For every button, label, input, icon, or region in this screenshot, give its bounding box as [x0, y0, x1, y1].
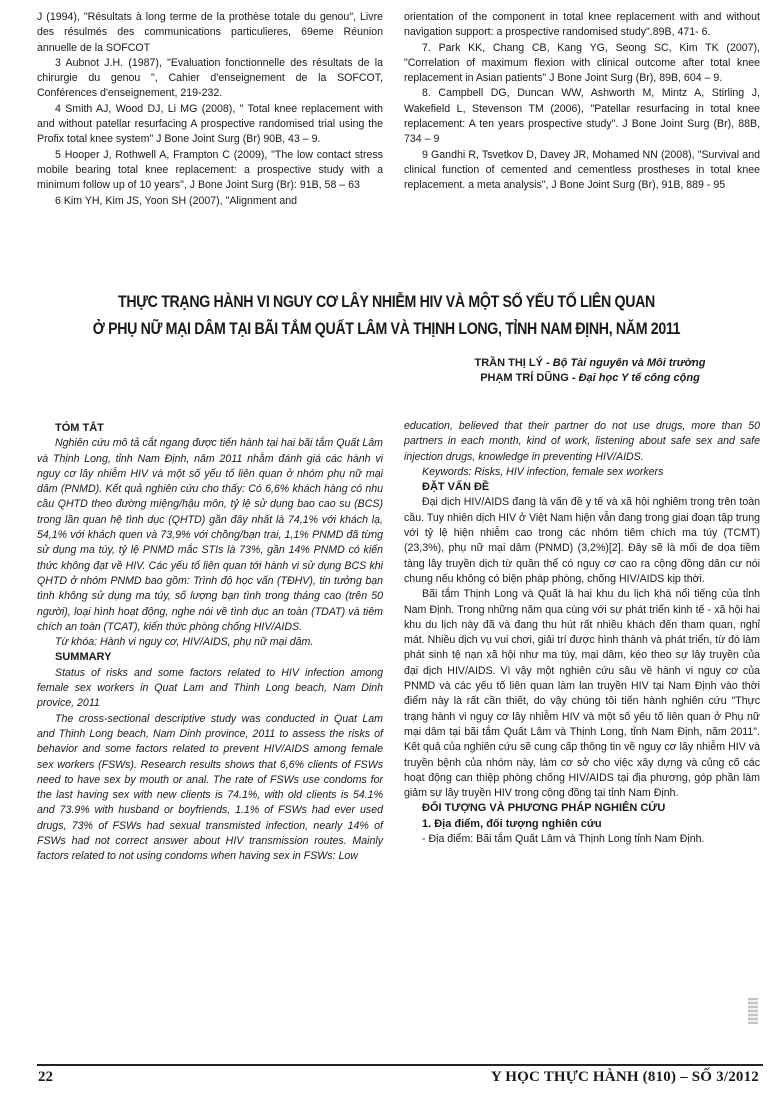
- abstract-vi-text: Nghiên cứu mô tả cắt ngang được tiến hàn…: [37, 436, 383, 635]
- abstract-en-heading: SUMMARY: [37, 650, 383, 665]
- reference-7: 7. Park KK, Chang CB, Kang YG, Seong SC,…: [404, 41, 760, 87]
- methods-location-text: - Địa điểm: Bãi tắm Quất Lâm và Thịnh Lo…: [404, 832, 760, 847]
- author-1-affiliation: Bộ Tài nguyên và Môi trường: [553, 357, 706, 369]
- abstract-en-text-continued: education, believed that their partner d…: [404, 419, 760, 465]
- references-right-column: orientation of the component in total kn…: [404, 10, 760, 194]
- introduction-paragraph-2: Bãi tắm Thịnh Long và Quất là hai khu du…: [404, 587, 760, 801]
- title-line-2: Ở PHỤ NỮ MẠI DÂM TẠI BÃI TẮM QUẤT LÂM VÀ…: [54, 316, 719, 343]
- abstract-en-keywords: Keywords: Risks, HIV infection, female s…: [404, 465, 760, 480]
- author-1-name: TRẦN THỊ LÝ -: [475, 357, 553, 369]
- reference-9: 9 Gandhi R, Tsvetkov D, Davey JR, Mohame…: [404, 148, 760, 194]
- abstract-vi-heading: TÓM TẮT: [37, 421, 383, 436]
- title-line-1: THỰC TRẠNG HÀNH VI NGUY CƠ LÂY NHIỄM HIV…: [54, 289, 719, 316]
- abstract-en-title: Status of risks and some factors related…: [37, 666, 383, 712]
- reference-continued: J (1994), "Résultats à long terme de la …: [37, 10, 383, 56]
- reference-5: 5 Hooper J, Rothwell A, Frampton C (2009…: [37, 148, 383, 194]
- body-right-column: education, believed that their partner d…: [404, 419, 760, 847]
- references-left-column: J (1994), "Résultats à long terme de la …: [37, 10, 383, 209]
- reference-6: 6 Kim YH, Kim JS, Yoon SH (2007), "Align…: [37, 194, 383, 209]
- scan-artifact: [748, 998, 758, 1024]
- article-title: THỰC TRẠNG HÀNH VI NGUY CƠ LÂY NHIỄM HIV…: [54, 289, 719, 343]
- abstract-en-text: The cross-sectional descriptive study wa…: [37, 712, 383, 865]
- introduction-paragraph-1: Đại dịch HIV/AIDS đang là vấn đề y tế và…: [404, 495, 760, 587]
- reference-4: 4 Smith AJ, Wood DJ, Li MG (2008), " Tot…: [37, 102, 383, 148]
- reference-3: 3 Aubnot J.H. (1987), "Evaluation foncti…: [37, 56, 383, 102]
- abstract-vi-keywords: Từ khóa: Hành vi nguy cơ, HIV/AIDS, phụ …: [37, 635, 383, 650]
- reference-6-continued: orientation of the component in total kn…: [404, 10, 760, 41]
- author-2-affiliation: Đại học Y tế công cộng: [579, 372, 700, 384]
- methods-subheading: 1. Địa điểm, đối tượng nghiên cứu: [404, 817, 760, 832]
- author-1: TRẦN THỊ LÝ - Bộ Tài nguyên và Môi trườn…: [420, 356, 760, 371]
- journal-name: Y HỌC THỰC HÀNH (810) – SỐ 3/2012: [491, 1069, 759, 1086]
- page-number: 22: [38, 1069, 53, 1086]
- methods-heading: ĐỐI TƯỢNG VÀ PHƯƠNG PHÁP NGHIÊN CỨU: [404, 801, 760, 816]
- author-2: PHẠM TRÍ DŨNG - Đại học Y tế công cộng: [420, 371, 760, 386]
- author-block: TRẦN THỊ LÝ - Bộ Tài nguyên và Môi trườn…: [420, 356, 760, 386]
- body-left-column: TÓM TẮT Nghiên cứu mô tả cắt ngang được …: [37, 421, 383, 865]
- author-2-name: PHẠM TRÍ DŨNG -: [480, 372, 578, 384]
- footer-divider: [37, 1064, 763, 1066]
- reference-8: 8. Campbell DG, Duncan WW, Ashworth M, M…: [404, 86, 760, 147]
- introduction-heading: ĐẶT VẤN ĐỀ: [404, 480, 760, 495]
